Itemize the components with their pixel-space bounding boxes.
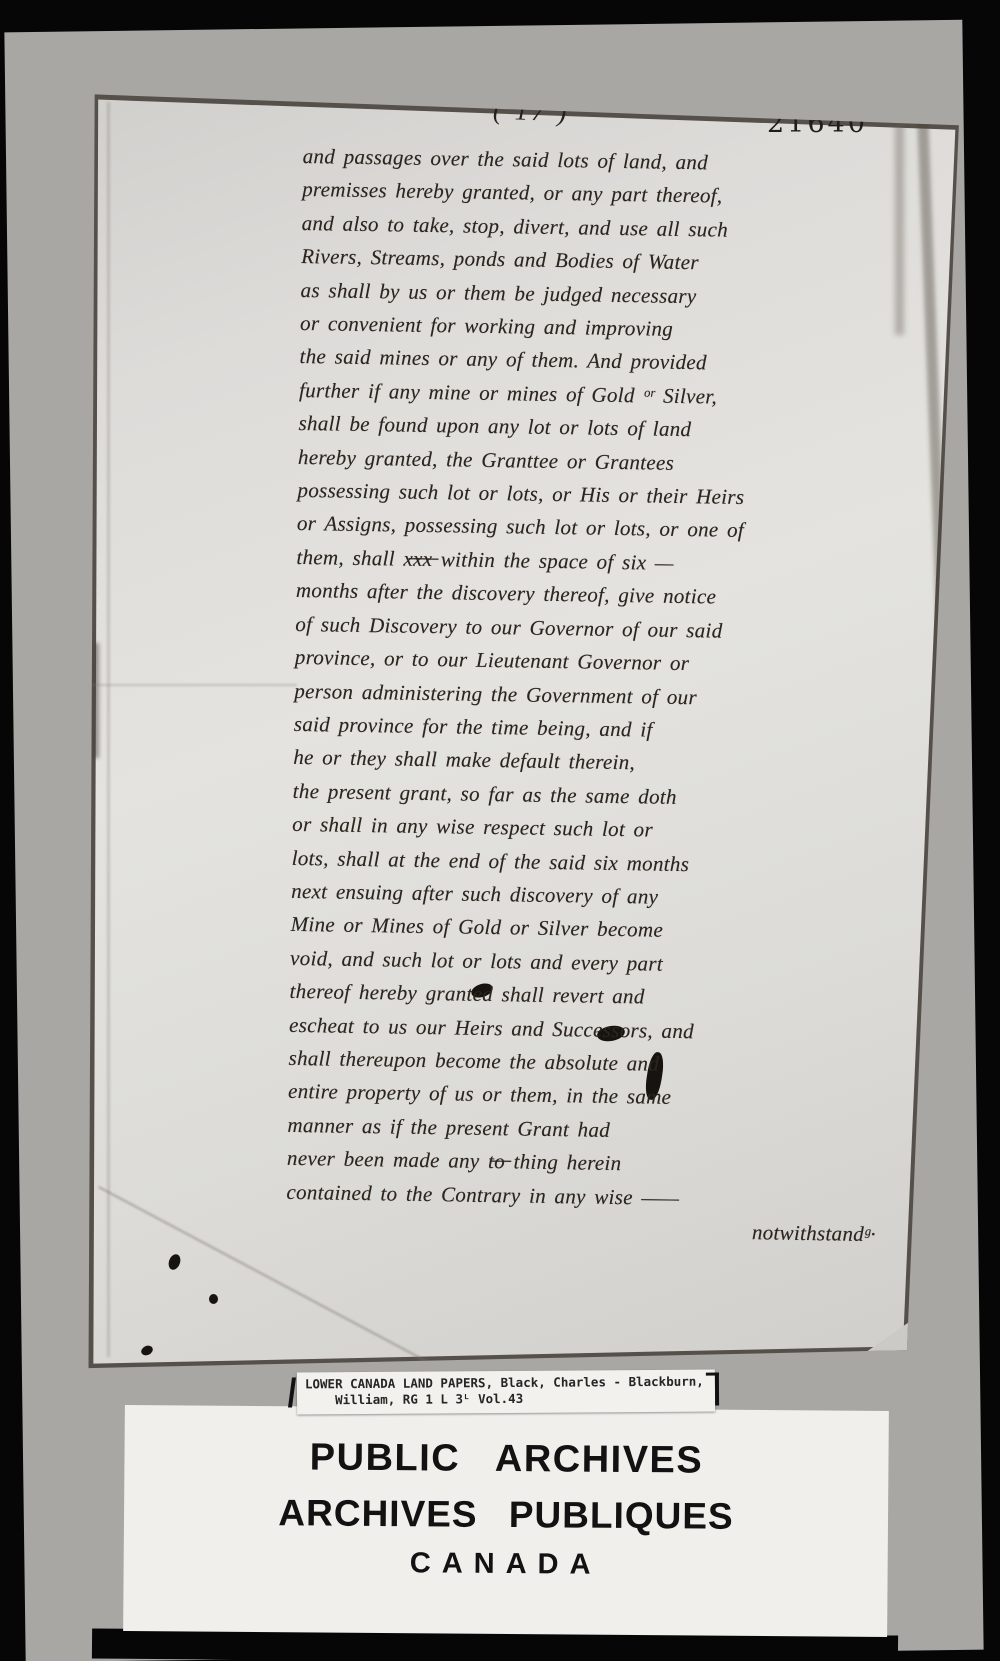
reference-label: LOWER CANADA LAND PAPERS, Black, Charles… (297, 1370, 715, 1415)
stamp-title-en: PUBLIC ARCHIVES (124, 1435, 888, 1484)
stamp-title-fr: ARCHIVES PUBLIQUES (124, 1491, 888, 1539)
reference-label-line1: LOWER CANADA LAND PAPERS, Black, Charles… (305, 1374, 715, 1393)
stamp-country: CANADA (124, 1545, 888, 1584)
ink-blot (209, 1294, 218, 1304)
scanned-document: ( 17 ) 21640 and passages over the said … (0, 0, 1000, 1661)
manuscript-page: ( 17 ) 21640 and passages over the said … (85, 88, 965, 1372)
archives-stamp-panel: PUBLIC ARCHIVES ARCHIVES PUBLIQUES CANAD… (123, 1405, 889, 1637)
handwritten-text: and passages over the said lots of land,… (286, 140, 895, 1252)
reference-label-line2: William, RG 1 L 3ᴸ Vol.43 (305, 1390, 715, 1409)
label-bracket-right-icon (706, 1373, 719, 1406)
